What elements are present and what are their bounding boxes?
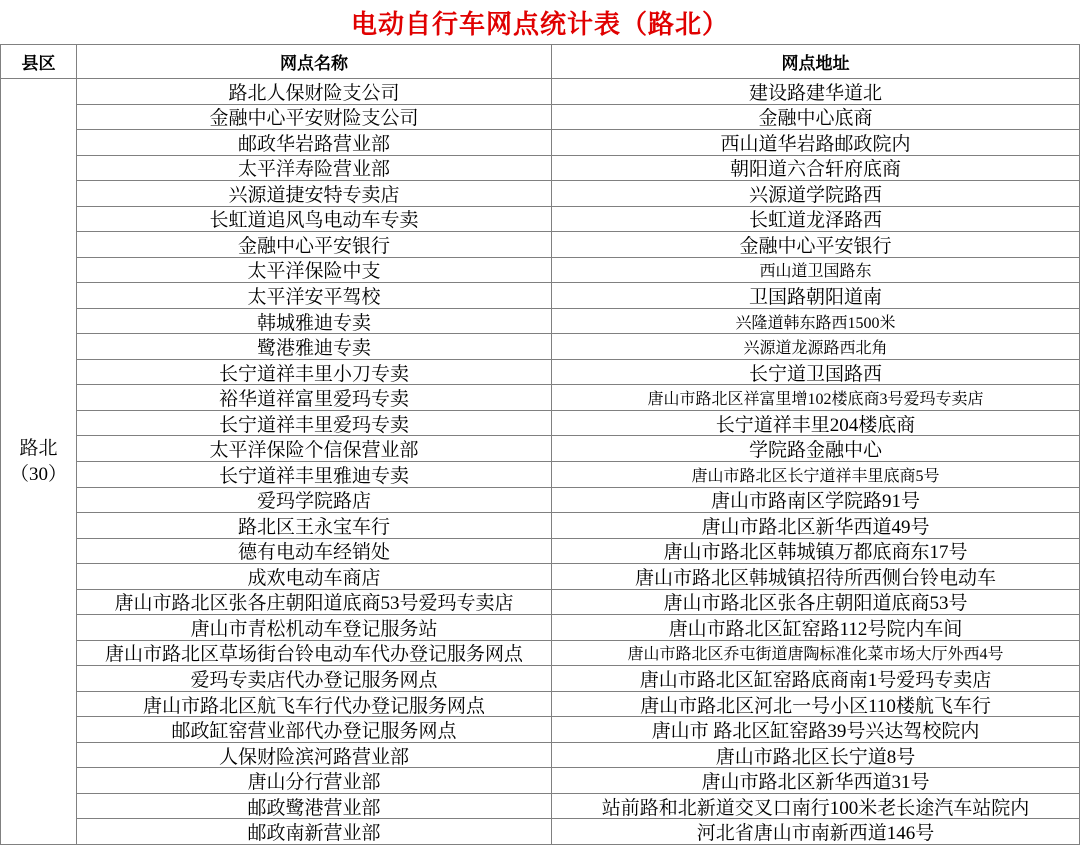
net-name-cell: 路北人保财险支公司 <box>77 79 552 105</box>
title-bar: 电动自行车网点统计表（路北） <box>0 0 1080 44</box>
table-row: 唐山市路北区草场街台铃电动车代办登记服务网点 唐山市路北区乔屯街道唐陶标准化菜市… <box>77 641 1080 667</box>
net-name-cell: 邮政鹭港营业部 <box>77 794 552 820</box>
net-address-cell: 唐山市路北区长宁道8号 <box>552 743 1080 769</box>
net-name-cell: 太平洋保险个信保营业部 <box>77 436 552 462</box>
net-name-cell: 太平洋保险中支 <box>77 258 552 284</box>
table-row: 金融中心平安财险支公司 金融中心底商 <box>77 105 1080 131</box>
net-name-cell: 爱玛专卖店代办登记服务网点 <box>77 666 552 692</box>
net-address-cell: 西山道卫国路东 <box>552 258 1080 284</box>
net-address-cell: 兴源道学院路西 <box>552 181 1080 207</box>
table-row: 长宁道祥丰里雅迪专卖 唐山市路北区长宁道祥丰里底商5号 <box>77 462 1080 488</box>
net-address-cell: 唐山市路北区祥富里增102楼底商3号爱玛专卖店 <box>552 385 1080 411</box>
page-title: 电动自行车网点统计表（路北） <box>351 4 729 41</box>
net-address-cell: 长宁道卫国路西 <box>552 360 1080 386</box>
net-name-cell: 唐山市路北区草场街台铃电动车代办登记服务网点 <box>77 641 552 667</box>
district-merged-cell: 路北 （30） <box>1 79 77 845</box>
table-row: 邮政缸窑营业部代办登记服务网点 唐山市 路北区缸窑路39号兴达驾校院内 <box>77 717 1080 743</box>
net-name-cell: 裕华道祥富里爱玛专卖 <box>77 385 552 411</box>
table-row: 兴源道捷安特专卖店 兴源道学院路西 <box>77 181 1080 207</box>
net-address-cell: 唐山市路北区韩城镇招待所西侧台铃电动车 <box>552 564 1080 590</box>
net-name-cell: 长宁道祥丰里小刀专卖 <box>77 360 552 386</box>
table-row: 人保财险滨河路营业部 唐山市路北区长宁道8号 <box>77 743 1080 769</box>
table-row: 韩城雅迪专卖 兴隆道韩东路西1500米 <box>77 309 1080 335</box>
table-row: 德有电动车经销处 唐山市路北区韩城镇万都底商东17号 <box>77 539 1080 565</box>
net-name-cell: 人保财险滨河路营业部 <box>77 743 552 769</box>
table-row: 长宁道祥丰里小刀专卖 长宁道卫国路西 <box>77 360 1080 386</box>
net-address-cell: 唐山市路北区缸窑路底商南1号爱玛专卖店 <box>552 666 1080 692</box>
table-row: 邮政鹭港营业部 站前路和北新道交叉口南行100米老长途汽车站院内 <box>77 794 1080 820</box>
district-name: 路北 <box>19 436 57 462</box>
net-address-cell: 金融中心底商 <box>552 105 1080 131</box>
net-name-cell: 长宁道祥丰里爱玛专卖 <box>77 411 552 437</box>
table-row: 长宁道祥丰里爱玛专卖 长宁道祥丰里204楼底商 <box>77 411 1080 437</box>
net-name-cell: 爱玛学院路店 <box>77 488 552 514</box>
net-address-cell: 学院路金融中心 <box>552 436 1080 462</box>
net-address-cell: 唐山市路南区学院路91号 <box>552 488 1080 514</box>
table-row: 成欢电动车商店 唐山市路北区韩城镇招待所西侧台铃电动车 <box>77 564 1080 590</box>
net-address-cell: 金融中心平安银行 <box>552 232 1080 258</box>
net-address-cell: 唐山市路北区长宁道祥丰里底商5号 <box>552 462 1080 488</box>
net-address-cell: 朝阳道六合轩府底商 <box>552 156 1080 182</box>
net-address-cell: 唐山市 路北区缸窑路39号兴达驾校院内 <box>552 717 1080 743</box>
net-name-cell: 邮政华岩路营业部 <box>77 130 552 156</box>
table-row: 唐山市青松机动车登记服务站 唐山市路北区缸窑路112号院内车间 <box>77 615 1080 641</box>
net-name-cell: 鹭港雅迪专卖 <box>77 334 552 360</box>
district-count: （30） <box>10 462 67 488</box>
net-name-cell: 唐山分行营业部 <box>77 768 552 794</box>
table-row: 唐山分行营业部 唐山市路北区新华西道31号 <box>77 768 1080 794</box>
net-address-cell: 唐山市路北区新华西道49号 <box>552 513 1080 539</box>
net-address-cell: 兴源道龙源路西北角 <box>552 334 1080 360</box>
table-row: 鹭港雅迪专卖 兴源道龙源路西北角 <box>77 334 1080 360</box>
net-address-cell: 河北省唐山市南新西道146号 <box>552 819 1080 845</box>
table-row: 唐山市路北区张各庄朝阳道底商53号爱玛专卖店 唐山市路北区张各庄朝阳道底商53号 <box>77 590 1080 616</box>
net-name-cell: 唐山市路北区航飞车行代办登记服务网点 <box>77 692 552 718</box>
net-address-cell: 卫国路朝阳道南 <box>552 283 1080 309</box>
net-address-cell: 长宁道祥丰里204楼底商 <box>552 411 1080 437</box>
net-name-cell: 兴源道捷安特专卖店 <box>77 181 552 207</box>
net-name-cell: 金融中心平安财险支公司 <box>77 105 552 131</box>
net-name-cell: 成欢电动车商店 <box>77 564 552 590</box>
table-rows: 路北人保财险支公司 建设路建华道北 金融中心平安财险支公司 金融中心底商 邮政华… <box>77 79 1080 845</box>
table-row: 路北人保财险支公司 建设路建华道北 <box>77 79 1080 105</box>
net-address-cell: 唐山市路北区韩城镇万都底商东17号 <box>552 539 1080 565</box>
net-name-cell: 太平洋寿险营业部 <box>77 156 552 182</box>
net-name-cell: 韩城雅迪专卖 <box>77 309 552 335</box>
net-name-cell: 太平洋安平驾校 <box>77 283 552 309</box>
net-name-cell: 邮政缸窑营业部代办登记服务网点 <box>77 717 552 743</box>
net-address-cell: 站前路和北新道交叉口南行100米老长途汽车站院内 <box>552 794 1080 820</box>
table-row: 太平洋寿险营业部 朝阳道六合轩府底商 <box>77 156 1080 182</box>
table-row: 邮政华岩路营业部 西山道华岩路邮政院内 <box>77 130 1080 156</box>
table-row: 长虹道追风鸟电动车专卖 长虹道龙泽路西 <box>77 207 1080 233</box>
net-name-cell: 金融中心平安银行 <box>77 232 552 258</box>
net-address-cell: 唐山市路北区张各庄朝阳道底商53号 <box>552 590 1080 616</box>
net-name-cell: 唐山市青松机动车登记服务站 <box>77 615 552 641</box>
net-address-cell: 唐山市路北区新华西道31号 <box>552 768 1080 794</box>
table-row: 爱玛学院路店 唐山市路南区学院路91号 <box>77 488 1080 514</box>
net-address-cell: 西山道华岩路邮政院内 <box>552 130 1080 156</box>
table-row: 邮政南新营业部 河北省唐山市南新西道146号 <box>77 819 1080 845</box>
net-address-cell: 唐山市路北区河北一号小区110楼航飞车行 <box>552 692 1080 718</box>
table-header-row: 县区 网点名称 网点地址 <box>1 45 1080 79</box>
table-row: 太平洋安平驾校 卫国路朝阳道南 <box>77 283 1080 309</box>
table-row: 路北区王永宝车行 唐山市路北区新华西道49号 <box>77 513 1080 539</box>
table-body: 路北 （30） 路北人保财险支公司 建设路建华道北 金融中心平安财险支公司 金融… <box>1 79 1080 845</box>
net-address-cell: 唐山市路北区乔屯街道唐陶标准化菜市场大厅外西4号 <box>552 641 1080 667</box>
net-address-cell: 唐山市路北区缸窑路112号院内车间 <box>552 615 1080 641</box>
net-name-cell: 长宁道祥丰里雅迪专卖 <box>77 462 552 488</box>
net-address-cell: 建设路建华道北 <box>552 79 1080 105</box>
net-address-cell: 长虹道龙泽路西 <box>552 207 1080 233</box>
net-name-cell: 唐山市路北区张各庄朝阳道底商53号爱玛专卖店 <box>77 590 552 616</box>
net-name-cell: 路北区王永宝车行 <box>77 513 552 539</box>
statistics-table: 县区 网点名称 网点地址 路北 （30） 路北人保财险支公司 建设路建华道北 金… <box>0 44 1080 845</box>
net-name-cell: 长虹道追风鸟电动车专卖 <box>77 207 552 233</box>
net-name-cell: 邮政南新营业部 <box>77 819 552 845</box>
net-address-cell: 兴隆道韩东路西1500米 <box>552 309 1080 335</box>
table-row: 太平洋保险中支 西山道卫国路东 <box>77 258 1080 284</box>
table-row: 裕华道祥富里爱玛专卖 唐山市路北区祥富里增102楼底商3号爱玛专卖店 <box>77 385 1080 411</box>
column-header-district: 县区 <box>1 45 77 79</box>
table-row: 爱玛专卖店代办登记服务网点 唐山市路北区缸窑路底商南1号爱玛专卖店 <box>77 666 1080 692</box>
column-header-address: 网点地址 <box>552 45 1080 79</box>
column-header-name: 网点名称 <box>77 45 552 79</box>
net-name-cell: 德有电动车经销处 <box>77 539 552 565</box>
table-row: 唐山市路北区航飞车行代办登记服务网点 唐山市路北区河北一号小区110楼航飞车行 <box>77 692 1080 718</box>
table-row: 金融中心平安银行 金融中心平安银行 <box>77 232 1080 258</box>
table-row: 太平洋保险个信保营业部 学院路金融中心 <box>77 436 1080 462</box>
